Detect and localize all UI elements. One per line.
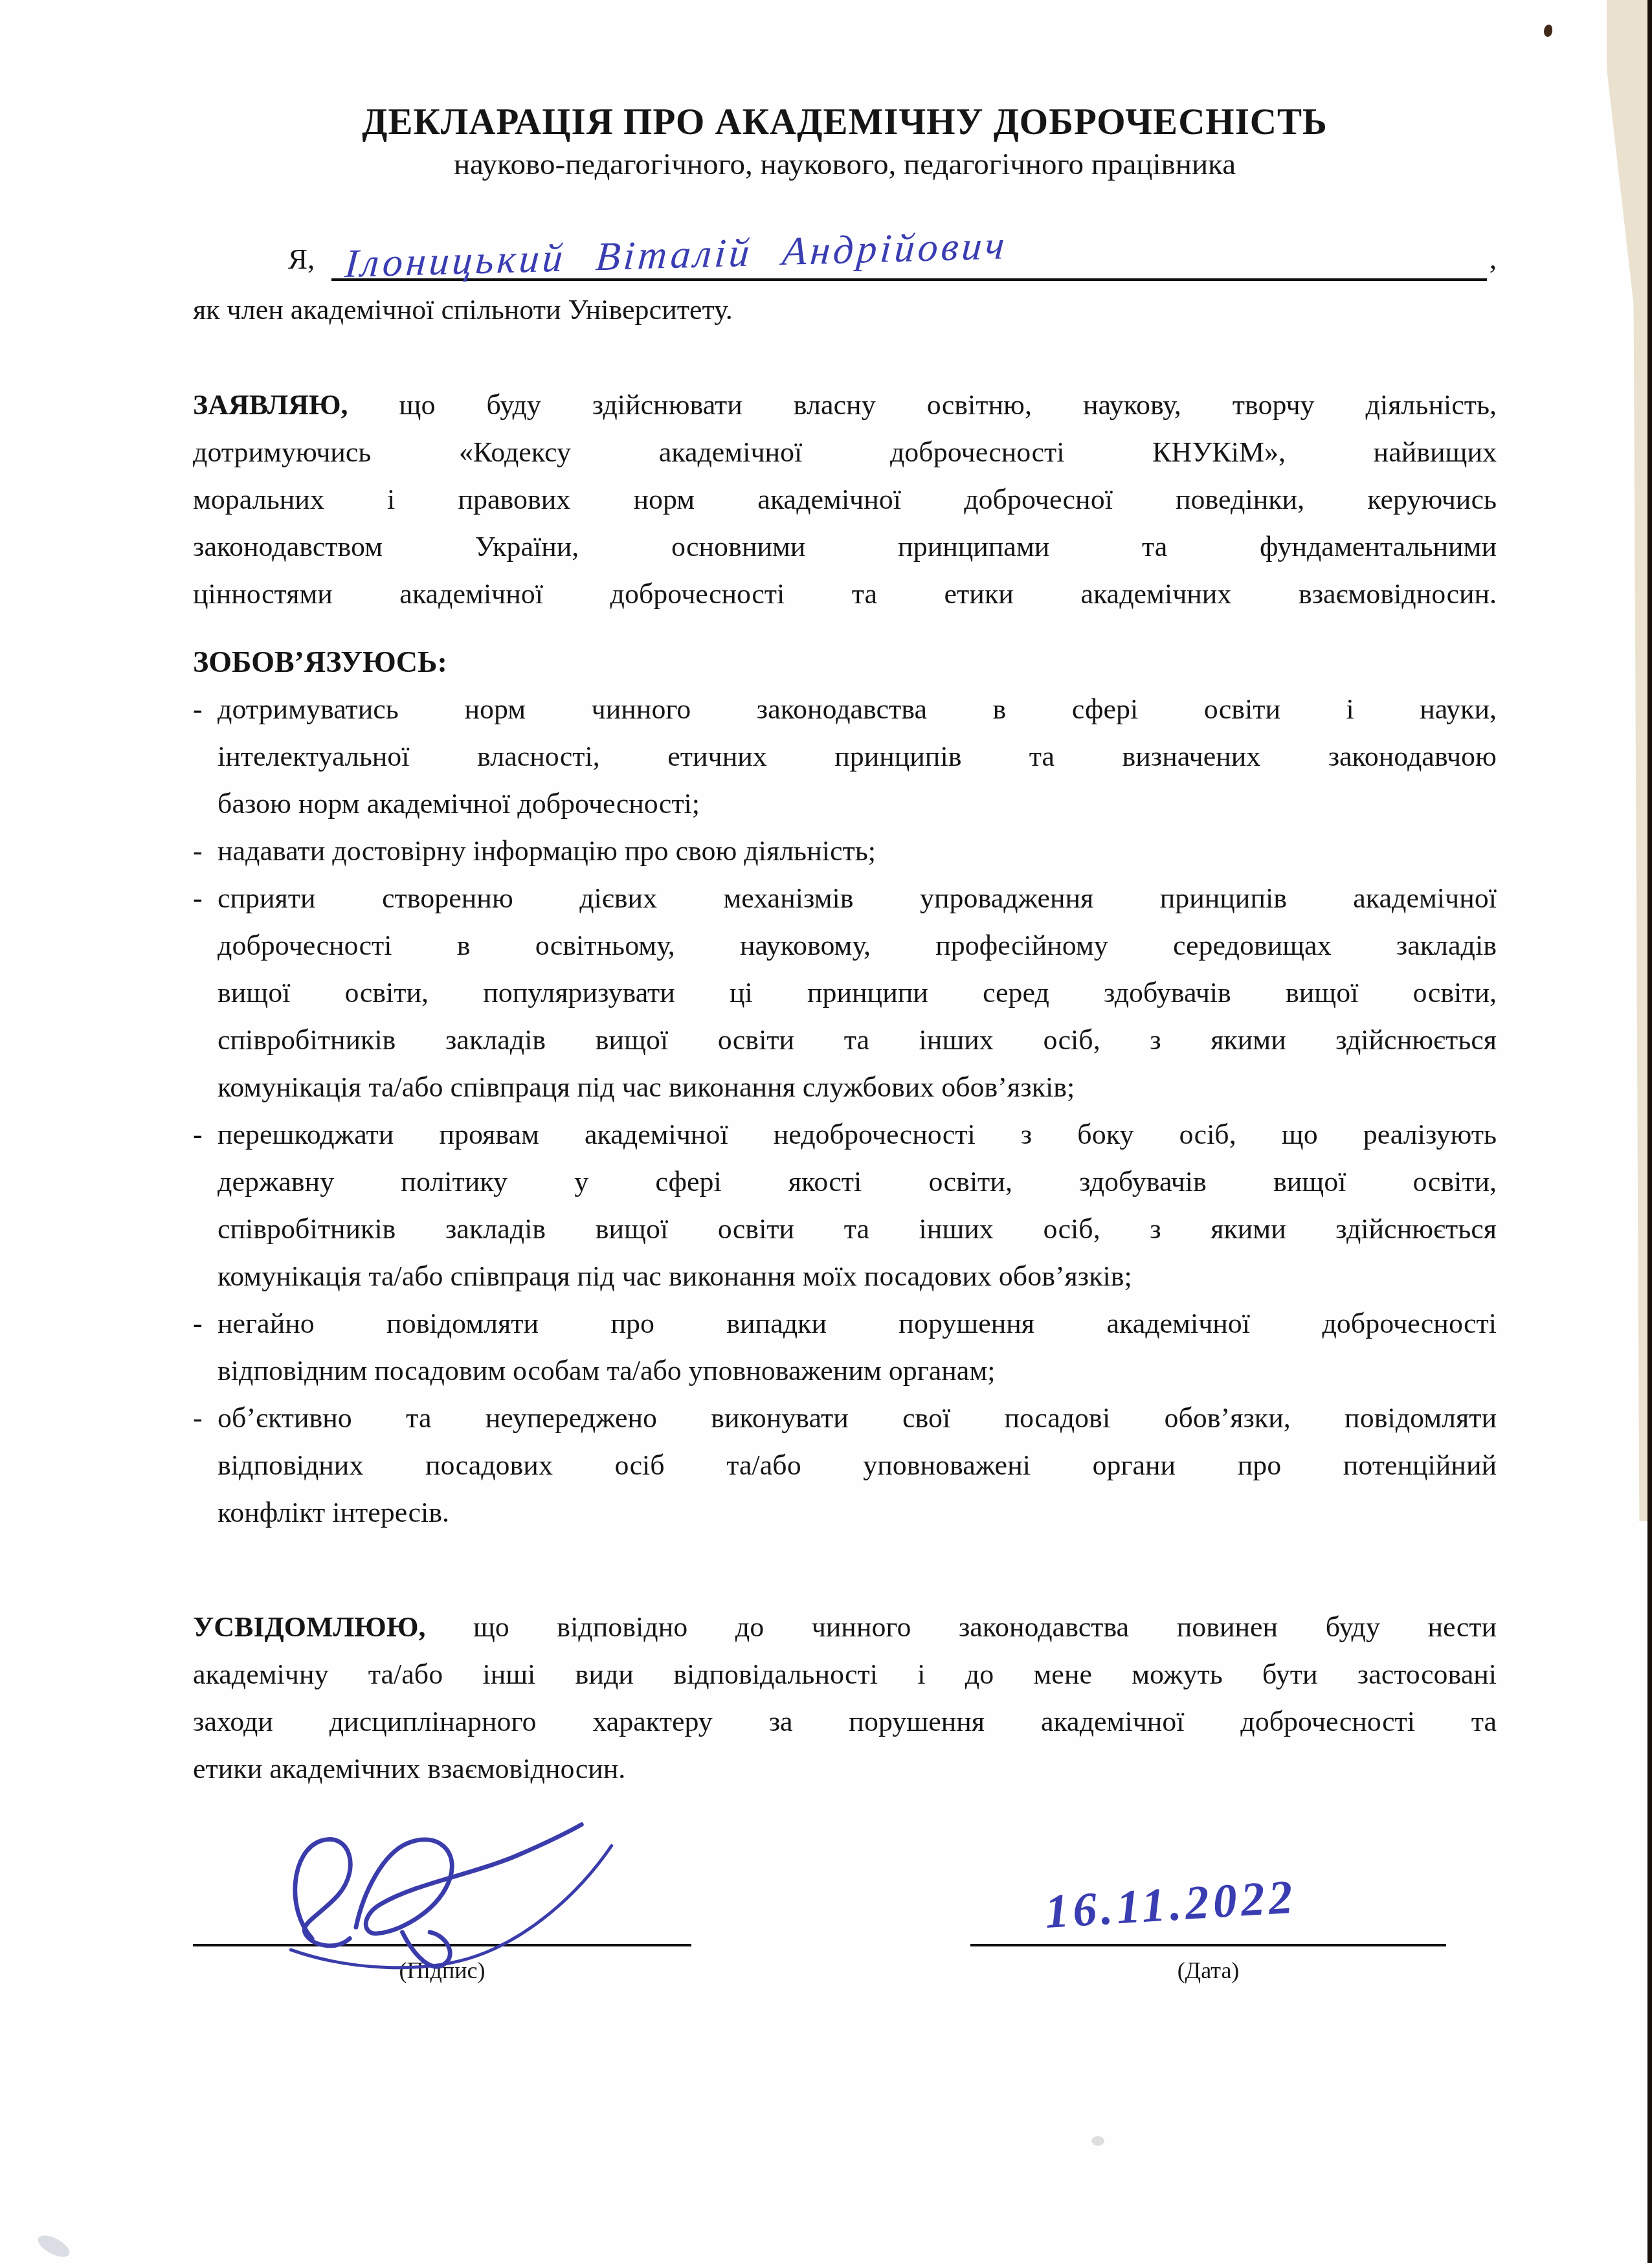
corner-smudge-artifact bbox=[35, 2231, 73, 2262]
text-line: інтелектуальної власності, етичних принц… bbox=[218, 733, 1497, 780]
handwritten-name: Ілоницький Віталій Андрійович bbox=[343, 223, 1009, 287]
date-column: 16.11.2022 (Дата) bbox=[970, 1890, 1446, 1984]
text-line: цінностями академічної доброчесності та … bbox=[193, 570, 1497, 618]
handwritten-signature bbox=[238, 1813, 627, 1975]
obligation-item: -сприяти створенню дієвих механізмів упр… bbox=[193, 875, 1497, 1111]
ink-speck-artifact bbox=[1544, 25, 1552, 37]
signature-line bbox=[193, 1890, 691, 1946]
signature-column: (Підпис) bbox=[193, 1890, 691, 1984]
text-line: вищої освіти, популяризувати ці принципи… bbox=[218, 969, 1497, 1016]
text-line: співробітників закладів вищої освіти та … bbox=[218, 1205, 1497, 1253]
text-line: комунікація та/або співпраця під час вик… bbox=[218, 1064, 1497, 1111]
obligation-item: -об’єктивно та неупереджено виконувати с… bbox=[193, 1394, 1497, 1536]
text-line: доброчесності в освітньому, науковому, п… bbox=[218, 922, 1497, 969]
text-line: державну політику у сфері якості освіти,… bbox=[218, 1158, 1497, 1205]
document-subtitle: науково-педагогічного, наукового, педаго… bbox=[193, 146, 1497, 183]
text-line: дотримуючись «Кодексу академічної доброч… bbox=[193, 429, 1497, 476]
date-line: 16.11.2022 bbox=[970, 1890, 1446, 1946]
acknowledge-label: УСВІДОМЛЮЮ, bbox=[193, 1611, 425, 1643]
text-line: законодавством України, основними принци… bbox=[193, 523, 1497, 570]
text-line: академічну та/або інші види відповідальн… bbox=[193, 1651, 1497, 1698]
acknowledge-paragraph: УСВІДОМЛЮЮ, що відповідно до чинного зак… bbox=[193, 1603, 1497, 1792]
obligation-item: -надавати достовірну інформацію про свою… bbox=[193, 827, 1497, 875]
small-smudge-artifact bbox=[1091, 2136, 1104, 2146]
name-blank-line: Ілоницький Віталій Андрійович bbox=[331, 225, 1486, 281]
pronoun-label: Я, bbox=[288, 242, 315, 281]
scan-edge-shadow-line bbox=[1647, 0, 1652, 2263]
declarant-name-row: Я, Ілоницький Віталій Андрійович , bbox=[193, 228, 1497, 281]
text-line: -перешкоджати проявам академічної недобр… bbox=[218, 1111, 1497, 1158]
bullet-dash: - bbox=[193, 1300, 218, 1347]
bullet-dash: - bbox=[193, 827, 218, 875]
text-line: заходи дисциплінарного характеру за пору… bbox=[193, 1698, 1497, 1745]
obligations-list: -дотримуватись норм чинного законодавств… bbox=[193, 686, 1497, 1536]
text-line: УСВІДОМЛЮЮ, що відповідно до чинного зак… bbox=[193, 1603, 1497, 1651]
text-line: -дотримуватись норм чинного законодавств… bbox=[218, 686, 1497, 733]
text-line: -надавати достовірну інформацію про свою… bbox=[218, 827, 1497, 875]
obligations-heading: ЗОБОВ’ЯЗУЮСЬ: bbox=[193, 638, 1497, 686]
obligation-item: -негайно повідомляти про випадки порушен… bbox=[193, 1300, 1497, 1394]
trailing-comma: , bbox=[1490, 242, 1497, 281]
obligation-item: -дотримуватись норм чинного законодавств… bbox=[193, 686, 1497, 827]
scanned-declaration-page: { "page": { "title": "ДЕКЛАРАЦІЯ ПРО АКА… bbox=[0, 0, 1652, 2263]
obligation-item: -перешкоджати проявам академічної недобр… bbox=[193, 1111, 1497, 1300]
member-line: як член академічної спільноти Університе… bbox=[193, 286, 1497, 333]
text-line: -об’єктивно та неупереджено виконувати с… bbox=[218, 1394, 1497, 1442]
signature-block: (Підпис) 16.11.2022 (Дата) bbox=[193, 1890, 1497, 1984]
declare-paragraph: ЗАЯВЛЯЮ, що буду здійснювати власну осві… bbox=[193, 381, 1497, 618]
date-caption: (Дата) bbox=[970, 1957, 1446, 1984]
text-line: конфлікт інтересів. bbox=[218, 1489, 1497, 1536]
bullet-dash: - bbox=[193, 875, 218, 922]
scan-page-edge-strip bbox=[1607, 0, 1647, 1521]
text-line: базою норм академічної доброчесності; bbox=[218, 780, 1497, 827]
document-title: ДЕКЛАРАЦІЯ ПРО АКАДЕМІЧНУ ДОБРОЧЕСНІСТЬ bbox=[193, 102, 1497, 142]
text-line: відповідним посадовим особам та/або упов… bbox=[218, 1347, 1497, 1394]
handwritten-date: 16.11.2022 bbox=[1044, 1869, 1298, 1940]
bullet-dash: - bbox=[193, 686, 218, 733]
text-line: відповідних посадових осіб та/або уповно… bbox=[218, 1442, 1497, 1489]
text-line: етики академічних взаємовідносин. bbox=[193, 1745, 1497, 1792]
declare-label: ЗАЯВЛЯЮ, bbox=[193, 389, 348, 421]
text-line: -сприяти створенню дієвих механізмів упр… bbox=[218, 875, 1497, 922]
text-line: -негайно повідомляти про випадки порушен… bbox=[218, 1300, 1497, 1347]
text-line: ЗАЯВЛЯЮ, що буду здійснювати власну осві… bbox=[193, 381, 1497, 429]
bullet-dash: - bbox=[193, 1394, 218, 1442]
text-line: співробітників закладів вищої освіти та … bbox=[218, 1016, 1497, 1064]
document-body: ДЕКЛАРАЦІЯ ПРО АКАДЕМІЧНУ ДОБРОЧЕСНІСТЬ … bbox=[193, 0, 1497, 1984]
bullet-dash: - bbox=[193, 1111, 218, 1158]
text-line: комунікація та/або співпраця під час вик… bbox=[218, 1253, 1497, 1300]
text-line: моральних і правових норм академічної до… bbox=[193, 476, 1497, 523]
